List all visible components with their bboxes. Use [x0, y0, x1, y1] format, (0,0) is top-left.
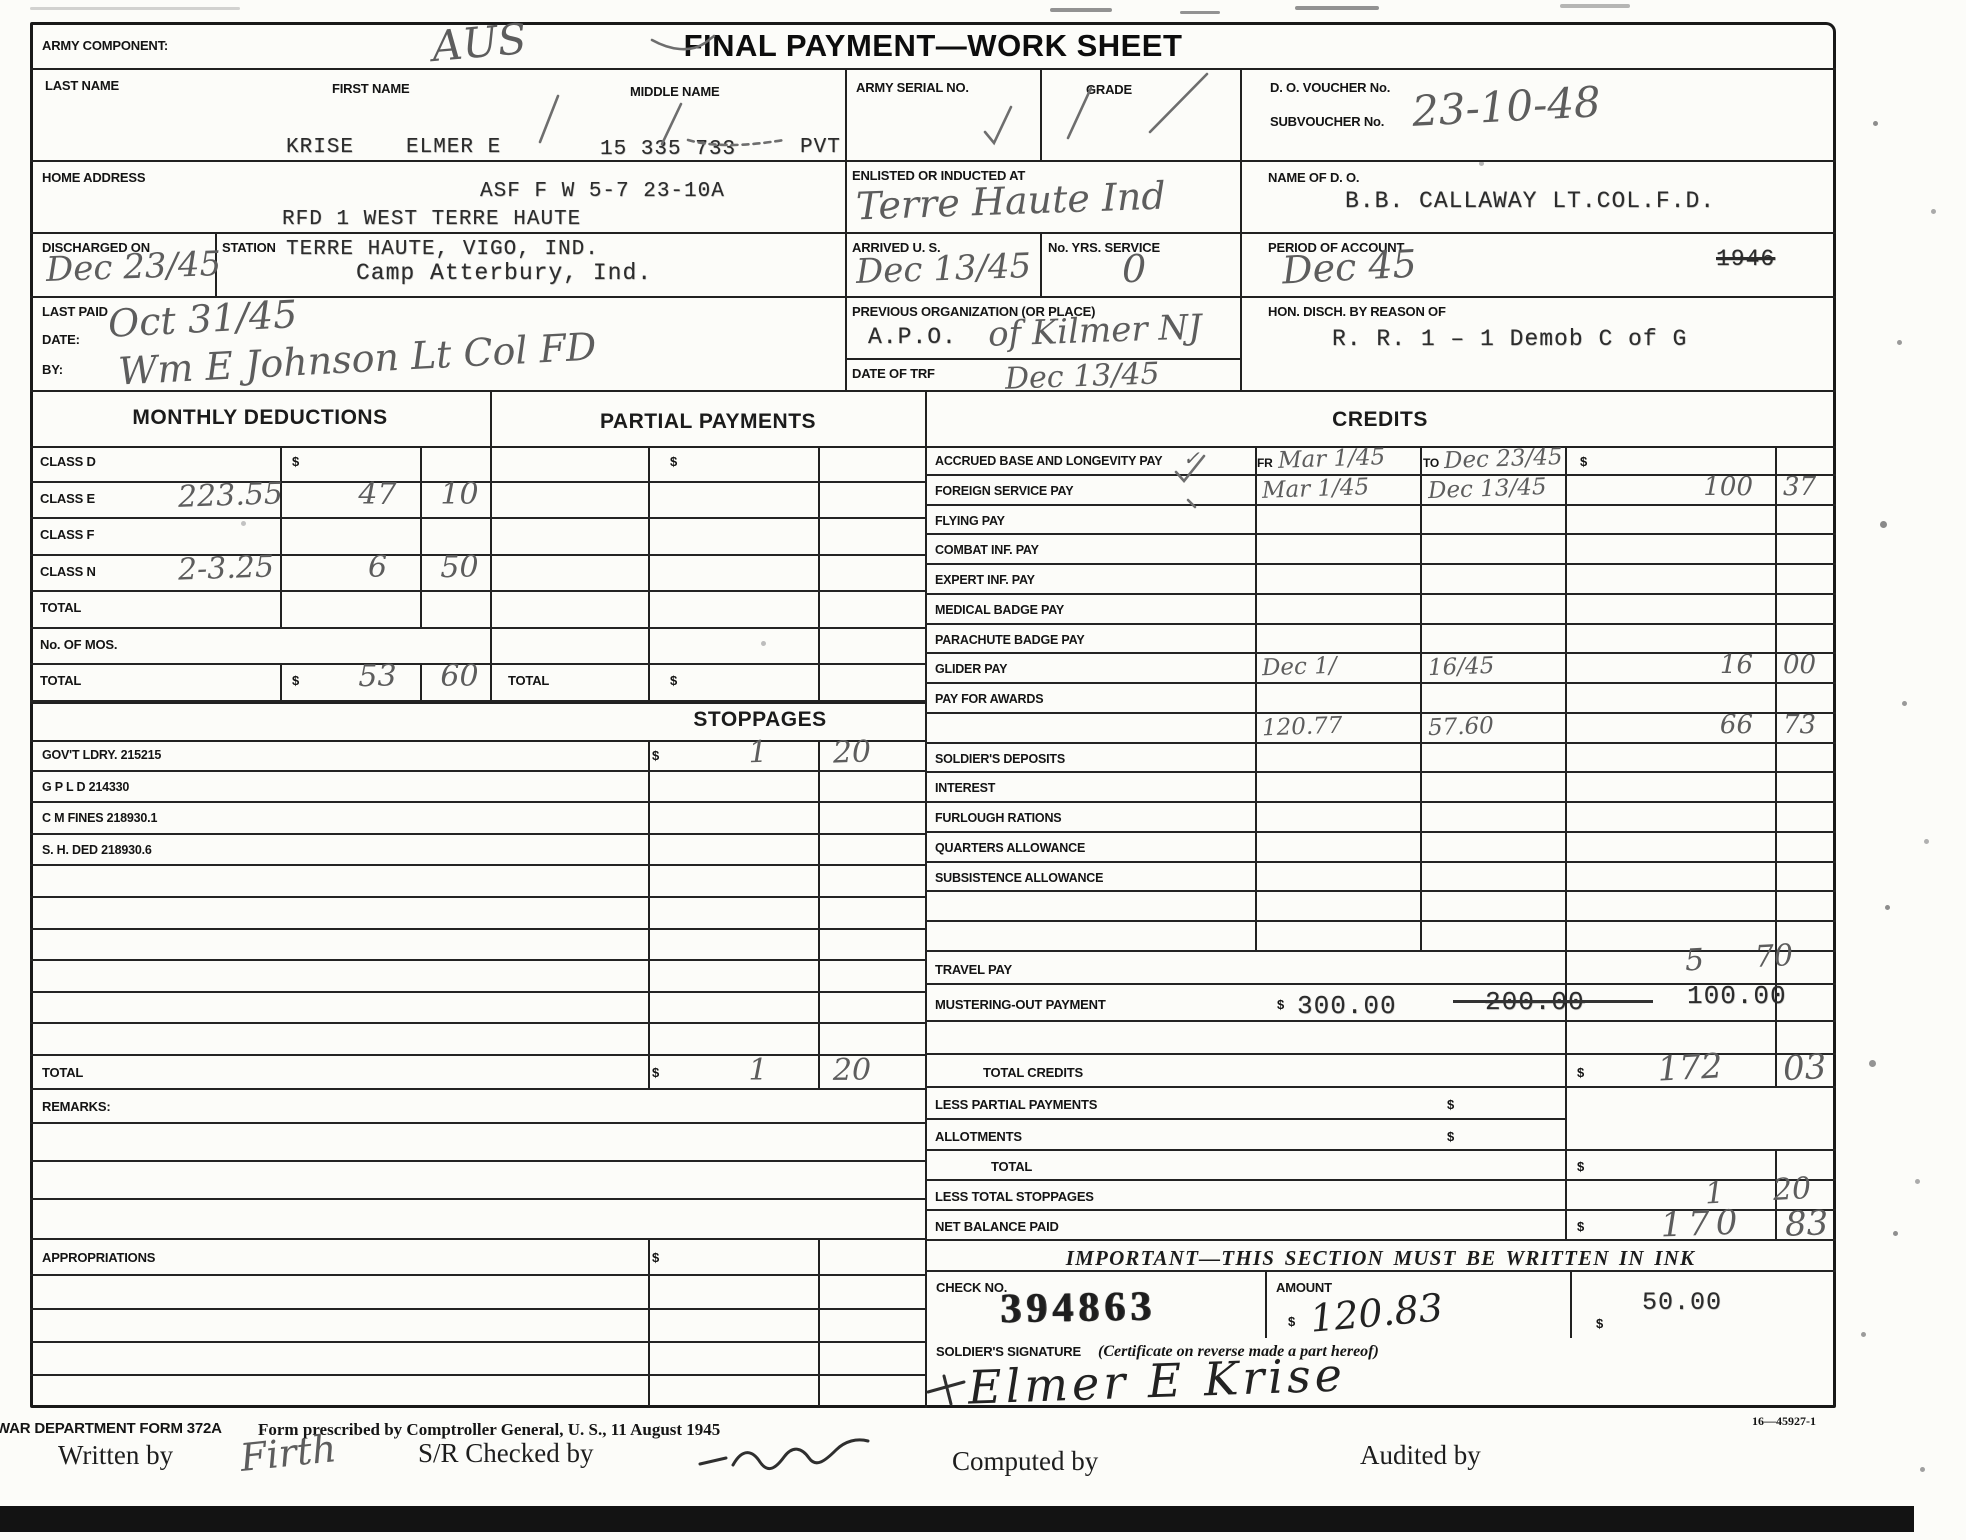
written-by-signature: Firth: [238, 1429, 338, 1477]
yrs-service-value: 0: [1122, 250, 1146, 288]
rule-line: [1570, 1272, 1572, 1338]
stoppages-total-cents: 20: [812, 1056, 892, 1086]
subvoucher-label: SUBVOUCHER No.: [1270, 114, 1384, 129]
credit-row: EXPERT INF. PAY: [925, 565, 1836, 595]
monthly-deductions-table: CLASS D $ $ CLASS E 223.55 47 10 CLASS F…: [30, 446, 925, 702]
ink-section-banner: IMPORTANT—THIS SECTION MUST BE WRITTEN I…: [925, 1241, 1836, 1272]
scan-noise: [1560, 4, 1630, 8]
scanned-final-payment-worksheet: ARMY COMPONENT: AUS FINAL PAYMENT—WORK S…: [0, 0, 1966, 1540]
total-credits-label: TOTAL CREDITS: [983, 1065, 1083, 1080]
credit-label: INTEREST: [935, 781, 995, 795]
deduction-row: TOTAL: [30, 592, 925, 629]
home-address-label: HOME ADDRESS: [42, 170, 145, 185]
amount-label: AMOUNT: [1276, 1280, 1332, 1295]
deduction-label: TOTAL: [40, 673, 81, 688]
typed-first-name: ELMER E: [406, 136, 501, 159]
typed-last-name: KRISE: [286, 136, 354, 159]
deduction-cents: 10: [422, 480, 497, 510]
credit-to-cell: [1423, 567, 1573, 575]
dollar-sign: $: [1577, 1219, 1584, 1234]
credit-to-cell: TO Dec 23/45: [1423, 448, 1573, 471]
credit-from-cell: [1257, 627, 1417, 635]
amount-value: 120.83: [1309, 1288, 1445, 1337]
scan-noise: [1180, 11, 1220, 14]
credit-label: PAY FOR AWARDS: [935, 692, 1043, 706]
credit-row: [925, 892, 1836, 922]
travel-pay-dollars: 5: [1684, 946, 1705, 977]
deduction-row: CLASS N 2-3.25 6 50: [30, 556, 925, 593]
credit-label: SOLDIER'S DEPOSITS: [935, 752, 1065, 766]
stoppage-row: S. H. DED 218930.6: [30, 835, 925, 867]
mustering-final-amount: 100.00: [1687, 981, 1787, 1011]
blank-row: [30, 1200, 925, 1240]
home-address-line2: RFD 1 WEST TERRE HAUTE: [282, 208, 581, 231]
credits-table: ACCRUED BASE AND LONGEVITY PAY ✓ FR Mar …: [925, 446, 1836, 952]
period-struck-value: 1946: [1716, 246, 1775, 272]
credit-from-value: Mar 1/45: [1277, 446, 1385, 473]
credit-from-cell: [1257, 746, 1417, 754]
stoppage-label: G P L D 214330: [42, 780, 129, 794]
last-paid-date-value: Oct 31/45: [107, 295, 298, 343]
credit-to-cell: [1423, 835, 1573, 843]
total-credits-cents: 03: [1782, 1050, 1827, 1086]
rule-line: [30, 68, 1836, 70]
dollar-sign: $: [1447, 1129, 1454, 1144]
credit-from-cell: [1257, 924, 1417, 932]
net-balance-paid-row: NET BALANCE PAID $ 170 83: [925, 1211, 1836, 1241]
scan-noise: [30, 7, 240, 10]
army-component-value: AUS: [430, 18, 528, 68]
less-total-stoppages-label: LESS TOTAL STOPPAGES: [935, 1189, 1094, 1204]
credit-from-cell: [1257, 537, 1417, 545]
written-by-label: Written by: [58, 1440, 173, 1471]
credit-to-cell: [1423, 894, 1573, 902]
rule-line: [1265, 1272, 1267, 1338]
credit-row: FOREIGN SERVICE PAY Mar 1/45 Dec 13/45 1…: [925, 476, 1836, 506]
credit-dollars: 100: [1565, 474, 1753, 500]
mustering-out-label: MUSTERING-OUT PAYMENT: [935, 997, 1106, 1012]
credit-check-mark: ✓: [1183, 448, 1200, 468]
stoppage-label: C M FINES 218930.1: [42, 811, 157, 825]
credit-from-cell: [1257, 775, 1417, 783]
sr-signature-dash: [700, 1458, 726, 1464]
credit-from-value: Mar 1/45: [1262, 476, 1370, 503]
net-balance-cents: 83: [1784, 1206, 1828, 1241]
remarks-row: REMARKS:: [30, 1090, 925, 1124]
credit-label: QUARTERS ALLOWANCE: [935, 841, 1085, 855]
dollar-sign: $: [292, 454, 299, 469]
dollar-sign: $: [1596, 1316, 1603, 1331]
credit-row: PARACHUTE BADGE PAY: [925, 625, 1836, 655]
cash-recd-value: 50.00: [1642, 1288, 1722, 1317]
dollar-sign: $: [652, 1250, 659, 1265]
dollar-sign: $: [1577, 1159, 1584, 1174]
credit-label: GLIDER PAY: [935, 662, 1007, 676]
credit-to-cell: [1423, 597, 1573, 605]
deduction-dollars: 53: [330, 662, 425, 692]
credit-label: FLYING PAY: [935, 514, 1005, 528]
stoppages-total-label: TOTAL: [42, 1065, 83, 1080]
deduction-row: TOTAL $ 53 60 TOTAL $: [30, 665, 925, 702]
deduction-cents: 50: [422, 553, 497, 583]
monthly-deductions-title: MONTHLY DEDUCTIONS: [60, 406, 460, 430]
credit-to-value: Dec 23/45: [1444, 446, 1563, 473]
stoppage-row: [30, 866, 925, 898]
partial-payments-title: PARTIAL PAYMENTS: [508, 410, 908, 434]
dollar-sign: $: [1577, 1065, 1584, 1080]
strike-line: [1453, 1000, 1653, 1003]
appropriations-row: APPROPRIATIONS $: [30, 1240, 925, 1276]
blank-row: [30, 1343, 925, 1376]
credit-to-cell: 16/45: [1423, 656, 1573, 679]
credit-to-value: 57.60: [1428, 715, 1495, 740]
credit-row: SUBSISTENCE ALLOWANCE: [925, 863, 1836, 893]
stoppage-row: [30, 930, 925, 962]
to-label: TO: [1423, 456, 1439, 471]
credit-from-cell: 120.77: [1257, 716, 1417, 739]
credit-to-cell: [1423, 537, 1573, 545]
credit-from-cell: FR Mar 1/45: [1257, 448, 1417, 471]
stoppage-dollars: 1: [718, 737, 799, 770]
rule-line: [1040, 68, 1042, 160]
credit-to-cell: [1423, 924, 1573, 932]
credit-row: SOLDIER'S DEPOSITS: [925, 744, 1836, 774]
remarks-label: REMARKS:: [42, 1099, 110, 1114]
rule-line: [845, 68, 847, 390]
deduction-handwritten-note: 2-3.25: [178, 552, 275, 585]
credit-to-cell: [1423, 805, 1573, 813]
credit-to-cell: [1423, 746, 1573, 754]
credit-row: COMBAT INF. PAY: [925, 535, 1836, 565]
credit-row: 120.77 57.60 66 73: [925, 714, 1836, 744]
credit-to-cell: [1423, 865, 1573, 873]
scan-noise: [1050, 8, 1112, 12]
credit-row: QUARTERS ALLOWANCE: [925, 833, 1836, 863]
credit-label: ACCRUED BASE AND LONGEVITY PAY: [935, 454, 1162, 468]
credit-row: GLIDER PAY Dec 1/ 16/45 16 00: [925, 654, 1836, 684]
credits-total-row: TOTAL $: [925, 1151, 1836, 1181]
credit-from-value: 120.77: [1262, 714, 1343, 740]
stoppage-label: S. H. DED 218930.6: [42, 843, 152, 857]
stoppage-cents: 20: [812, 737, 893, 770]
station-label: STATION: [222, 240, 276, 255]
credit-label: FOREIGN SERVICE PAY: [935, 484, 1073, 498]
check-no-label: CHECK NO.: [936, 1280, 1007, 1295]
credit-cents: 73: [1783, 712, 1816, 738]
credit-from-cell: [1257, 508, 1417, 516]
stoppages-total-dollars: 1: [718, 1056, 798, 1086]
total-credits-row: TOTAL CREDITS $ 172 03: [925, 1055, 1836, 1088]
credit-from-cell: Mar 1/45: [1257, 478, 1417, 501]
stoppage-row: [30, 993, 925, 1025]
period-of-account-value: Dec 45: [1281, 245, 1417, 290]
credit-to-value: Dec 13/45: [1428, 476, 1547, 503]
stoppage-row: C M FINES 218930.1: [30, 803, 925, 835]
hon-disch-value: R. R. 1 – 1 Demob C of G: [1332, 326, 1687, 352]
mustering-amount: 300.00: [1297, 991, 1397, 1021]
do-name-value: B.B. CALLAWAY LT.COL.F.D.: [1345, 188, 1715, 214]
blank-row: [30, 1162, 925, 1200]
credit-cents: 37: [1783, 474, 1816, 500]
credit-label: EXPERT INF. PAY: [935, 573, 1035, 587]
sr-checked-signature: [733, 1440, 868, 1469]
last-paid-date-label: DATE:: [42, 332, 80, 347]
last-paid-by-label: BY:: [42, 362, 63, 377]
deduction-dollars: 47: [330, 480, 425, 510]
army-component-label: ARMY COMPONENT:: [42, 38, 168, 53]
deduction-dollars: 6: [330, 553, 425, 583]
credit-row: FURLOUGH RATIONS: [925, 803, 1836, 833]
discharged-on-value: Dec 23/45: [45, 247, 221, 287]
home-address-line1: ASF F W 5-7 23-10A: [480, 180, 725, 203]
rule-line: [30, 702, 925, 704]
credit-label: FURLOUGH RATIONS: [935, 811, 1061, 825]
hon-disch-label: HON. DISCH. BY REASON OF: [1268, 304, 1446, 319]
credits-title: CREDITS: [1180, 408, 1580, 432]
do-name-label: NAME OF D. O.: [1268, 170, 1359, 185]
credit-row: MEDICAL BADGE PAY: [925, 595, 1836, 625]
credit-to-cell: 57.60: [1423, 716, 1573, 739]
credits-total-label: TOTAL: [991, 1159, 1032, 1174]
dollar-sign: $: [1580, 454, 1587, 469]
credit-from-cell: [1257, 567, 1417, 575]
credit-cents: 00: [1783, 652, 1816, 678]
stoppage-row: [30, 961, 925, 993]
stoppage-row: GOV'T LDRY. 215215 $ 1 20: [30, 740, 925, 772]
blank-row: [30, 1276, 925, 1310]
stoppages-total-row: TOTAL $ 1 20: [30, 1056, 925, 1090]
net-balance-dollars: 170: [1636, 1205, 1767, 1244]
first-name-label: FIRST NAME: [332, 81, 409, 96]
deduction-label: CLASS N: [40, 564, 96, 579]
scan-noise: [1295, 6, 1379, 10]
travel-pay-cents: 70: [1754, 941, 1794, 973]
dollar-sign: $: [670, 454, 677, 469]
last-name-label: LAST NAME: [45, 78, 119, 93]
credit-row: PAY FOR AWARDS: [925, 684, 1836, 714]
credit-label: PARACHUTE BADGE PAY: [935, 633, 1084, 647]
allotments-label: ALLOTMENTS: [935, 1129, 1022, 1144]
grade-label: GRADE: [1086, 82, 1132, 97]
credit-from-cell: [1257, 597, 1417, 605]
dollar-sign: $: [1447, 1097, 1454, 1112]
stoppages-table: GOV'T LDRY. 215215 $ 1 20 G P L D 214330…: [30, 740, 925, 1056]
travel-pay-label: TRAVEL PAY: [935, 962, 1012, 977]
stoppage-label: GOV'T LDRY. 215215: [42, 748, 161, 762]
deduction-label: CLASS E: [40, 491, 95, 506]
credit-row: ACCRUED BASE AND LONGEVITY PAY ✓ FR Mar …: [925, 446, 1836, 476]
partial-payments-total-label: TOTAL: [508, 673, 549, 688]
net-balance-paid-label: NET BALANCE PAID: [935, 1219, 1059, 1234]
credit-label: COMBAT INF. PAY: [935, 543, 1039, 557]
last-paid-label: LAST PAID: [42, 304, 108, 319]
less-partial-payments-label: LESS PARTIAL PAYMENTS: [935, 1097, 1097, 1112]
credit-to-cell: [1423, 508, 1573, 516]
deduction-label: CLASS D: [40, 454, 96, 469]
credit-to-cell: [1423, 775, 1573, 783]
stoppage-row: [30, 1024, 925, 1056]
dollar-sign: $: [1277, 997, 1284, 1012]
deduction-row: CLASS E 223.55 47 10: [30, 483, 925, 520]
check-no-stamp: 394863: [1000, 1283, 1157, 1334]
credit-to-cell: Dec 13/45: [1423, 478, 1573, 501]
allotments-row: ALLOTMENTS $: [925, 1120, 1836, 1151]
blank-row: [30, 1124, 925, 1162]
credit-dollars: 16: [1565, 652, 1753, 678]
credit-from-cell: [1257, 805, 1417, 813]
credit-label: MEDICAL BADGE PAY: [935, 603, 1064, 617]
sr-checked-by-label: S/R Checked by: [418, 1438, 594, 1469]
soldiers-signature-value: Elmer E Krise: [967, 1351, 1346, 1410]
less-total-stoppages-cents: 20: [1772, 1174, 1812, 1206]
scan-black-bar: [0, 1506, 1914, 1532]
credit-dollars: 66: [1565, 712, 1753, 738]
previous-organization-hw: of Kilmer NJ: [987, 310, 1202, 351]
stoppage-row: [30, 898, 925, 930]
station-typed-1: TERRE HAUTE, VIGO, IND.: [286, 238, 599, 261]
credit-from-cell: [1257, 686, 1417, 694]
dollar-sign: $: [652, 1065, 659, 1080]
credit-row: INTEREST: [925, 773, 1836, 803]
credit-to-cell: [1423, 627, 1573, 635]
rule-line: [1040, 232, 1042, 296]
computed-by-label: Computed by: [952, 1446, 1098, 1477]
army-serial-label: ARMY SERIAL NO.: [856, 80, 969, 95]
rule-line: [30, 296, 1836, 298]
dollar-sign: $: [1288, 1314, 1295, 1329]
credit-from-cell: Dec 1/: [1257, 656, 1417, 679]
credit-label: SUBSISTENCE ALLOWANCE: [935, 871, 1103, 885]
credit-from-cell: [1257, 865, 1417, 873]
mustering-out-row: MUSTERING-OUT PAYMENT $ 300.00 200.00 10…: [925, 985, 1836, 1022]
dollar-sign: $: [652, 748, 659, 763]
print-code: 16—45927-1: [1752, 1414, 1816, 1429]
rule-line: [30, 160, 1836, 162]
deduction-cents: 60: [422, 662, 497, 692]
rule-line: [30, 390, 1836, 392]
page-title: FINAL PAYMENT—WORK SHEET: [633, 28, 1233, 64]
deduction-label: CLASS F: [40, 527, 94, 542]
do-voucher-label: D. O. VOUCHER No.: [1270, 80, 1390, 95]
deduction-handwritten-note: 223.55: [178, 479, 284, 513]
appropriations-label: APPROPRIATIONS: [42, 1250, 155, 1265]
subvoucher-value: 23-10-48: [1411, 81, 1602, 133]
deduction-label: TOTAL: [40, 600, 81, 615]
enlisted-at-value: Terre Haute Ind: [855, 177, 1166, 226]
dollar-sign: $: [292, 673, 299, 688]
blank-row: [30, 1310, 925, 1343]
total-credits-dollars: 172: [1624, 1048, 1756, 1089]
previous-organization-typed: A.P.O.: [868, 324, 957, 350]
credit-to-cell: [1423, 686, 1573, 694]
form-number: WAR DEPARTMENT FORM 372A: [0, 1420, 222, 1437]
dollar-sign: $: [670, 673, 677, 688]
typed-grade: PVT: [800, 136, 841, 159]
date-of-trf-label: DATE OF TRF: [852, 366, 935, 381]
arrived-us-value: Dec 13/45: [855, 249, 1031, 289]
middle-name-label: MIDDLE NAME: [630, 84, 720, 99]
less-partial-payments-row: LESS PARTIAL PAYMENTS $: [925, 1088, 1565, 1120]
rule-line: [1240, 68, 1242, 390]
stoppages-title: STOPPAGES: [560, 708, 960, 732]
credit-from-cell: [1257, 894, 1417, 902]
scan-specks: [0, 0, 3, 3]
date-of-trf-value: Dec 13/45: [1005, 359, 1161, 394]
credit-row: FLYING PAY: [925, 506, 1836, 536]
audited-by-label: Audited by: [1360, 1440, 1481, 1471]
credit-to-value: 16/45: [1428, 655, 1495, 680]
rule-line: [30, 232, 1836, 234]
credit-from-value: Dec 1/: [1262, 655, 1337, 681]
deduction-label: No. OF MOS.: [40, 637, 117, 652]
station-typed-2: Camp Atterbury, Ind.: [356, 260, 652, 286]
fr-label: FR: [1257, 456, 1273, 471]
credit-from-cell: [1257, 835, 1417, 843]
stoppage-row: G P L D 214330: [30, 772, 925, 804]
typed-serial: 15 335 733: [600, 138, 736, 161]
